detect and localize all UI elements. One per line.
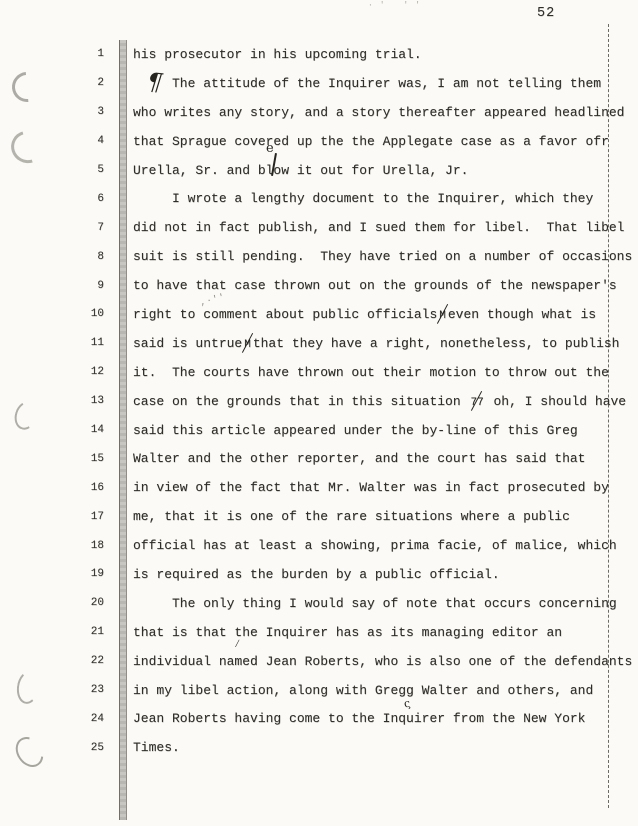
transcript-line: 9to have that case thrown out on the gro… <box>0 271 638 300</box>
handwritten-pen-tick: ∕ <box>234 639 241 651</box>
line-text: said this article appeared under the by-… <box>133 423 578 438</box>
line-text: his prosecutor in his upcoming trial. <box>133 47 422 62</box>
transcript-line: 24Jean Roberts having come to the Inquir… <box>0 704 638 733</box>
line-text: Jean Roberts having come to the Inquirer… <box>133 711 585 726</box>
transcript-line: 18official has at least a showing, prima… <box>0 531 638 560</box>
line-text: said is untrueMthat they have a right, n… <box>133 336 620 351</box>
transcript-line: 6 I wrote a lengthy document to the Inqu… <box>0 184 638 213</box>
transcript-line: 17me, that it is one of the rare situati… <box>0 502 638 531</box>
transcript-line: 21that is that the Inquirer has as its m… <box>0 618 638 647</box>
line-text: Walter and the other reporter, and the c… <box>133 451 585 466</box>
handwritten-inserted-letter-e: e <box>266 141 274 156</box>
transcript-line: 5Urella, Sr. and blow it out for Urella,… <box>0 156 638 185</box>
line-text: Urella, Sr. and blow it out for Urella, … <box>133 163 468 178</box>
line-number: 9 <box>0 280 120 292</box>
transcript-line: 11said is untrueMthat they have a right,… <box>0 329 638 358</box>
line-text: that Sprague covered up the the Applegat… <box>133 134 609 149</box>
line-number: 17 <box>0 511 120 523</box>
scan-specks: ·' '' <box>368 1 427 10</box>
line-text: it. The courts have thrown out their mot… <box>133 365 609 380</box>
line-number: 12 <box>0 366 120 378</box>
line-text-segment: oh, I should have <box>486 394 626 409</box>
transcript-line: 14said this article appeared under the b… <box>0 416 638 445</box>
page-number: 52 <box>537 6 555 21</box>
line-number: 16 <box>0 482 120 494</box>
line-number: 1 <box>0 48 120 60</box>
line-number: 3 <box>0 106 120 118</box>
line-number: 18 <box>0 540 120 552</box>
transcript-line: 13case on the grounds that in this situa… <box>0 387 638 416</box>
line-text: The only thing I would say of note that … <box>133 596 617 611</box>
handwritten-pilcrow-mark: ¶ <box>146 67 164 96</box>
line-text-segment: that they have a right, nonetheless, to … <box>253 336 620 351</box>
line-number: 24 <box>0 713 120 725</box>
transcript-line: 4that Sprague covered up the the Applega… <box>0 127 638 156</box>
transcript-line: 20 The only thing I would say of note th… <box>0 589 638 618</box>
transcript-line: 10right to comment about public official… <box>0 300 638 329</box>
line-text-segment: right to comment about public officials <box>133 307 437 322</box>
line-text: in my libel action, along with Gregg Wal… <box>133 683 593 698</box>
transcript-line: 16in view of the fact that Mr. Walter wa… <box>0 473 638 502</box>
transcript-line: 23in my libel action, along with Gregg W… <box>0 676 638 705</box>
transcript-line: 25Times. <box>0 733 638 762</box>
transcript-line: 2 The attitude of the Inquirer was, I am… <box>0 69 638 98</box>
line-text: who writes any story, and a story therea… <box>133 105 624 120</box>
line-text-segment: even though what is <box>448 307 596 322</box>
line-number: 8 <box>0 251 120 263</box>
transcript-line: 15Walter and the other reporter, and the… <box>0 444 638 473</box>
line-text: to have that case thrown out on the grou… <box>133 278 617 293</box>
line-number: 19 <box>0 568 120 580</box>
scanned-transcript-page: 52 ·' '' 1his prosecutor in his upcoming… <box>0 0 638 826</box>
transcript-line: 12it. The courts have thrown out their m… <box>0 358 638 387</box>
line-text-segment: case on the grounds that in this situati… <box>133 394 468 409</box>
line-text: individual named Jean Roberts, who is al… <box>133 654 632 669</box>
line-number: 22 <box>0 655 120 667</box>
transcript-line: 22individual named Jean Roberts, who is … <box>0 647 638 676</box>
line-number: 10 <box>0 308 120 320</box>
line-text: The attitude of the Inquirer was, I am n… <box>133 76 601 91</box>
line-text: me, that it is one of the rare situation… <box>133 509 570 524</box>
transcript-line: 19is required as the burden by a public … <box>0 560 638 589</box>
transcript-line: 7did not in fact publish, and I sued the… <box>0 213 638 242</box>
transcript-line: 1his prosecutor in his upcoming trial. <box>0 40 638 69</box>
line-number: 6 <box>0 193 120 205</box>
line-text: is required as the burden by a public of… <box>133 567 500 582</box>
line-text: official has at least a showing, prima f… <box>133 538 617 553</box>
line-text: I wrote a lengthy document to the Inquir… <box>133 191 593 206</box>
transcript-line: 3who writes any story, and a story there… <box>0 98 638 127</box>
line-text: that is that the Inquirer has as its man… <box>133 625 562 640</box>
line-number: 15 <box>0 453 120 465</box>
transcript-line: 8suit is still pending. They have tried … <box>0 242 638 271</box>
handwritten-strike-mark: M <box>439 311 446 322</box>
line-text: did not in fact publish, and I sued them… <box>133 220 624 235</box>
line-text: in view of the fact that Mr. Walter was … <box>133 480 609 495</box>
transcript-body: 1his prosecutor in his upcoming trial. 2… <box>0 40 638 762</box>
line-text-segment: said is untrue <box>133 336 242 351</box>
line-number: 7 <box>0 222 120 234</box>
line-text: right to comment about public officialsM… <box>133 307 596 322</box>
handwritten-strike-mark: 77 <box>470 398 483 409</box>
line-number: 5 <box>0 164 120 176</box>
line-text: case on the grounds that in this situati… <box>133 394 626 409</box>
line-text: suit is still pending. They have tried o… <box>133 249 632 264</box>
handwritten-strike-mark: M <box>244 340 251 351</box>
line-number: 20 <box>0 597 120 609</box>
line-number: 11 <box>0 337 120 349</box>
line-text: Times. <box>133 740 180 755</box>
line-number: 21 <box>0 626 120 638</box>
